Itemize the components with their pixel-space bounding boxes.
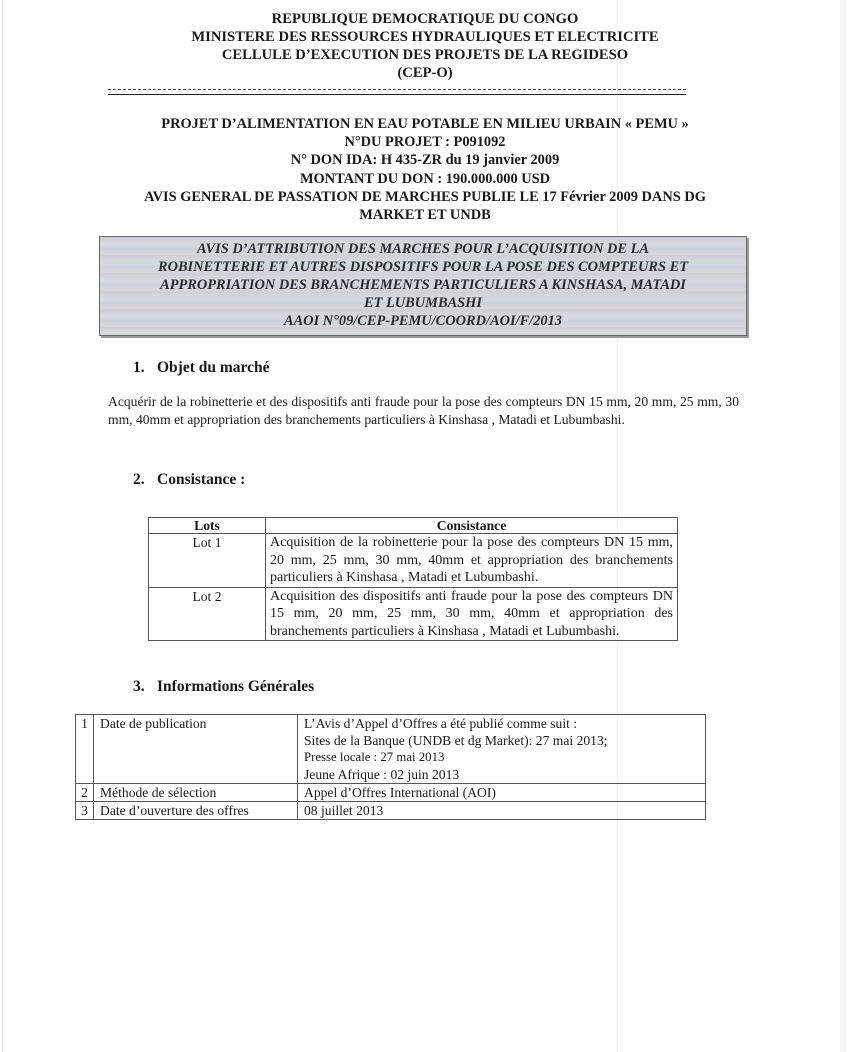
value-line: L’Avis d’Appel d’Offres a été publié com… [304, 715, 699, 732]
grant-number: N° DON IDA: H 435-ZR du 19 janvier 2009 [0, 151, 850, 169]
row-label: Méthode de sélection [94, 784, 298, 802]
row-number: 2 [76, 784, 94, 802]
row-label: Date d’ouverture des offres [94, 802, 298, 820]
row-value: Appel d’Offres International (AOI) [298, 784, 706, 802]
award-notice-banner: AVIS D’ATTRIBUTION DES MARCHES POUR L’AC… [99, 236, 747, 336]
letterhead-ministry: MINISTERE DES RESSOURCES HYDRAULIQUES ET… [0, 28, 850, 46]
lot-description-cell: Acquisition de la robinetterie pour la p… [266, 534, 678, 588]
banner-line: APPROPRIATION DES BRANCHEMENTS PARTICULI… [100, 276, 746, 294]
column-header-lots: Lots [149, 518, 266, 534]
table-row: Lot 1 Acquisition de la robinetterie pou… [149, 534, 678, 588]
letterhead-acronym: (CEP-O) [0, 64, 850, 82]
banner-line: AVIS D’ATTRIBUTION DES MARCHES POUR L’AC… [100, 240, 746, 258]
value-line: Sites de la Banque (UNDB et dg Market): … [304, 732, 699, 749]
row-number: 1 [76, 715, 94, 784]
grant-amount: MONTANT DU DON : 190.000.000 USD [0, 170, 850, 188]
lots-table: Lots Consistance Lot 1 Acquisition de la… [148, 517, 678, 641]
lot-cell: Lot 1 [149, 534, 266, 588]
table-header-row: Lots Consistance [149, 518, 678, 534]
row-value: 08 juillet 2013 [298, 802, 706, 820]
lot-cell: Lot 2 [149, 587, 266, 641]
value-line: Jeune Afrique : 02 juin 2013 [304, 766, 699, 783]
table-row: 3 Date d’ouverture des offres 08 juillet… [76, 802, 706, 820]
table-row: Lot 2 Acquisition des dispositifs anti f… [149, 587, 678, 641]
value-line: Presse locale : 27 mai 2013 [304, 749, 699, 766]
column-header-consistance: Consistance [266, 518, 678, 534]
header-divider-solid [108, 94, 686, 95]
general-info-table: 1 Date de publication L’Avis d’Appel d’O… [75, 714, 706, 820]
letterhead: REPUBLIQUE DEMOCRATIQUE DU CONGO MINISTE… [0, 10, 850, 82]
value-line: Appel d’Offres International (AOI) [304, 784, 699, 801]
row-number: 3 [76, 802, 94, 820]
section-heading-consistance: 2.Consistance : [133, 471, 245, 489]
banner-line: ET LUBUMBASHI [100, 294, 746, 312]
banner-reference: AAOI N°09/CEP-PEMU/COORD/AOI/F/2013 [100, 312, 746, 330]
project-number: N°DU PROJET : P091092 [0, 133, 850, 151]
project-info: PROJET D’ALIMENTATION EN EAU POTABLE EN … [0, 115, 850, 224]
general-notice-line2: MARKET ET UNDB [0, 206, 850, 224]
letterhead-cell: CELLULE D’EXECUTION DES PROJETS DE LA RE… [0, 46, 850, 64]
row-label: Date de publication [94, 715, 298, 784]
value-line: 08 juillet 2013 [304, 802, 699, 819]
lot-description-cell: Acquisition des dispositifs anti fraude … [266, 587, 678, 641]
table-row: 2 Méthode de sélection Appel d’Offres In… [76, 784, 706, 802]
section-objet-text: Acquérir de la robinetterie et des dispo… [108, 393, 739, 428]
section-heading-objet: 1.Objet du marché [133, 359, 270, 377]
banner-line: ROBINETTERIE ET AUTRES DISPOSITIFS POUR … [100, 258, 746, 276]
section-heading-informations: 3.Informations Générales [133, 678, 314, 696]
project-title: PROJET D’ALIMENTATION EN EAU POTABLE EN … [0, 115, 850, 133]
letterhead-country: REPUBLIQUE DEMOCRATIQUE DU CONGO [0, 10, 850, 28]
header-divider-dashed [108, 89, 686, 90]
general-notice-line1: AVIS GENERAL DE PASSATION DE MARCHES PUB… [0, 188, 850, 206]
table-row: 1 Date de publication L’Avis d’Appel d’O… [76, 715, 706, 784]
row-value: L’Avis d’Appel d’Offres a été publié com… [298, 715, 706, 784]
